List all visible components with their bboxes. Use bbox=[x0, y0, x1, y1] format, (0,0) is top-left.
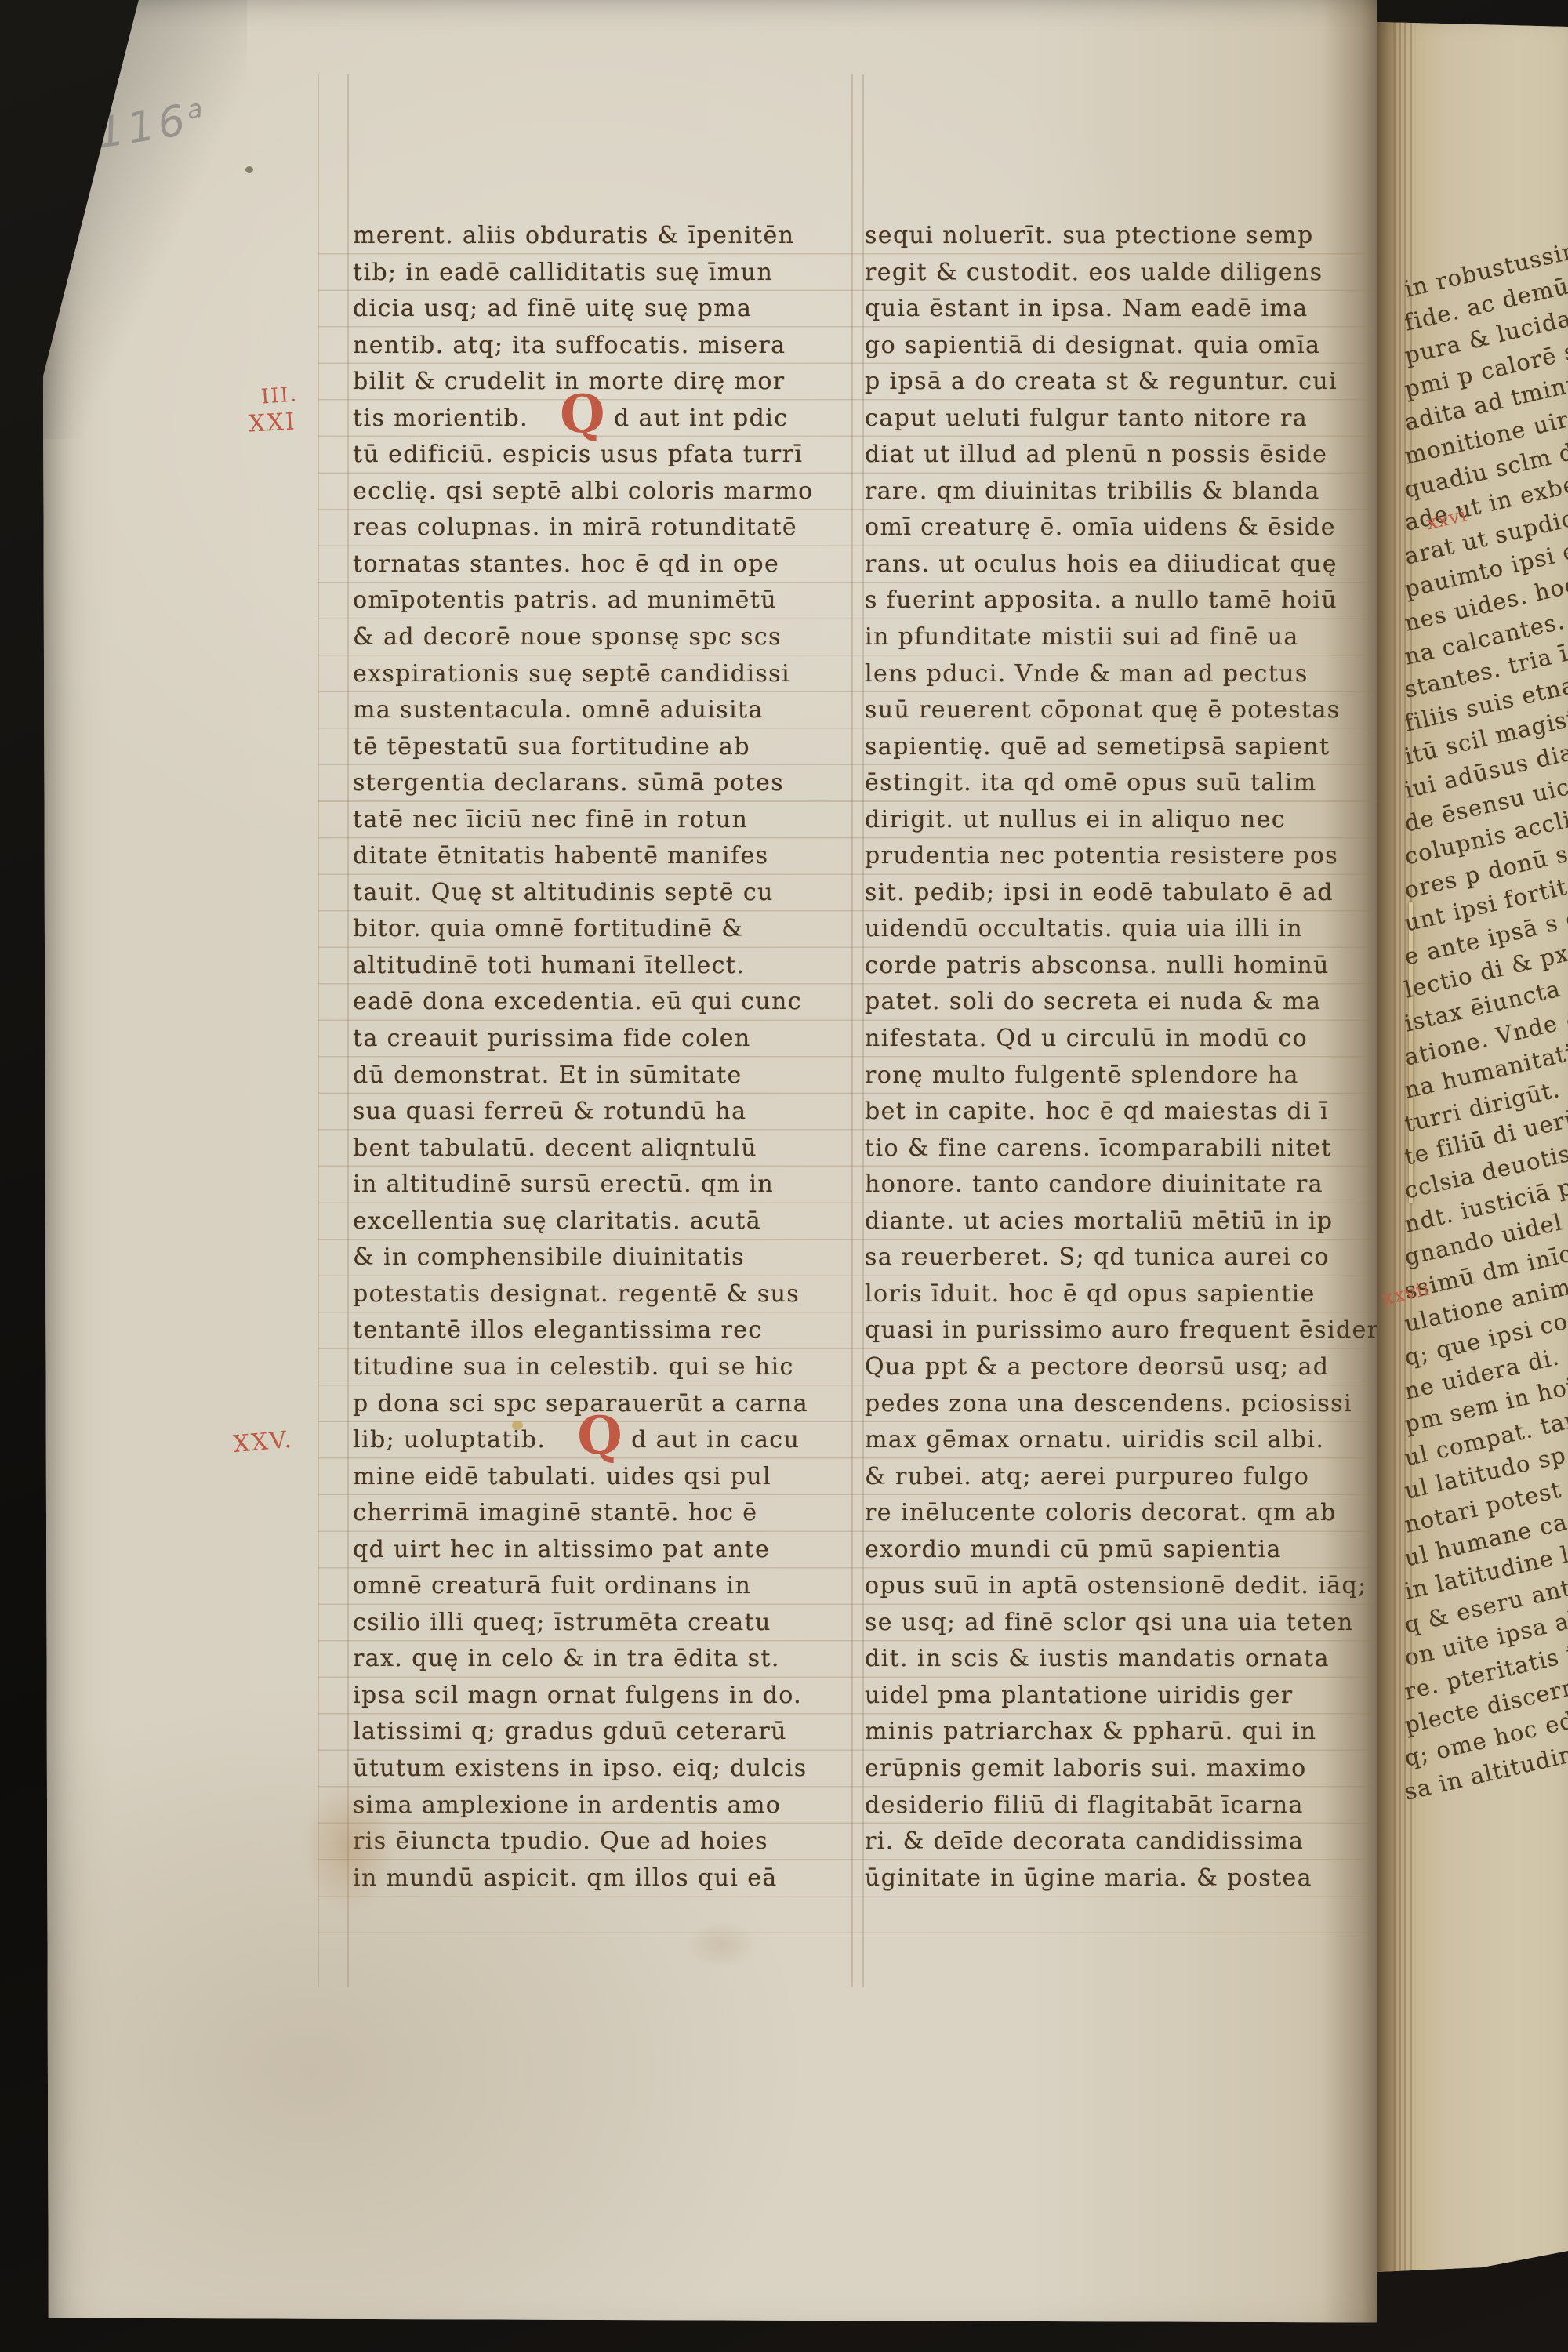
text-line: titudine sua in celestib. qui se hic bbox=[353, 1349, 870, 1386]
text-line: stergentia declarans. sūmā potes bbox=[353, 765, 870, 802]
text-line: ūtutum existens in ipso. eiq; dulcis bbox=[353, 1751, 870, 1788]
text-line: bitor. quia omnē fortitudinē & bbox=[353, 911, 870, 948]
text-line: go sapientiā di designat. quia omīa bbox=[865, 328, 1377, 365]
text-line: ditate ētnitatis habentē manifes bbox=[353, 838, 870, 875]
text-line: ta creauit purissima fide colen bbox=[353, 1021, 870, 1058]
text-line: Qua ppt & a pectore deorsū usq; ad bbox=[865, 1349, 1377, 1386]
text-line: sapientię. quē ad semetipsā sapient bbox=[865, 729, 1377, 766]
chapter-number-book: III. bbox=[260, 383, 299, 408]
text-line: exspirationis suę septē candidissi bbox=[353, 656, 870, 693]
text-line: quia ēstant in ipsa. Nam eadē ima bbox=[865, 291, 1377, 328]
facing-page-text: in robustussima & rufide. ac demū in con… bbox=[1406, 273, 1568, 1809]
text-line: sima amplexione in ardentis amo bbox=[353, 1788, 870, 1824]
text-line: lens pduci. Vnde & man ad pectus bbox=[865, 656, 1377, 693]
text-line: dicia usq; ad finē uitę suę pma bbox=[353, 291, 870, 328]
text-line: ūginitate in ūgine maria. & postea bbox=[865, 1860, 1377, 1897]
text-line: prudentia nec potentia resistere pos bbox=[865, 838, 1377, 875]
text-column-left: merent. aliis obduratis & īpenitēntib; i… bbox=[353, 218, 870, 1896]
text-line: pedes zona una descendens. pciosissi bbox=[865, 1386, 1377, 1423]
text-line: ēstingit. ita qd omē opus suū talim bbox=[865, 765, 1377, 802]
text-line: bent tabulatū. decent aliqntulū bbox=[353, 1131, 870, 1167]
text-line: se usq; ad finē sclor qsi una uia teten bbox=[865, 1605, 1377, 1642]
text-line: omī creaturę ē. omīa uidens & ēside bbox=[865, 510, 1377, 546]
text-line: tē tēpestatū sua fortitudine ab bbox=[353, 729, 870, 766]
chapter-number-xxi: XXI bbox=[248, 408, 296, 437]
text-line: patet. soli do secreta ei nuda & ma bbox=[865, 984, 1377, 1021]
text-line: rax. quę in celo & in tra ēdita st. bbox=[353, 1641, 870, 1678]
text-column-right: sequi noluerīt. sua ptectione sempregit … bbox=[865, 218, 1377, 1896]
text-line: ipsa scil magn ornat fulgens in do. bbox=[353, 1678, 870, 1715]
text-line: dū demonstrat. Et in sūmitate bbox=[353, 1058, 870, 1094]
text-line: rare. qm diuinitas tribilis & blanda bbox=[865, 474, 1377, 510]
text-line: eadē dona excedentia. eū qui cunc bbox=[353, 984, 870, 1021]
text-line: in mundū aspicit. qm illos qui eā bbox=[353, 1860, 870, 1897]
text-line: re inēlucente coloris decorat. qm ab bbox=[865, 1495, 1377, 1532]
text-line: suū reuerent cōponat quę ē potestas bbox=[865, 692, 1377, 729]
text-line: in altitudinē sursū erectū. qm in bbox=[353, 1167, 870, 1203]
text-line: omīpotentis patris. ad munimētū bbox=[353, 583, 870, 619]
text-line: s fuerint apposita. a nullo tamē hoiū bbox=[865, 583, 1377, 619]
text-line: rans. ut oculus hois ea diiudicat quę bbox=[865, 546, 1377, 583]
text-line: max gēmax ornatu. uiridis scil albi. bbox=[865, 1422, 1377, 1459]
text-line: regit & custodit. eos ualde diligens bbox=[865, 255, 1377, 292]
text-line: uidendū occultatis. quia uia illi in bbox=[865, 911, 1377, 948]
text-line: excellentia suę claritatis. acutā bbox=[353, 1203, 870, 1240]
text-line: nifestata. Qd u circulū in modū co bbox=[865, 1021, 1377, 1058]
text-line: quasi in purissimo auro frequent ēsidera… bbox=[865, 1312, 1377, 1349]
text-line: tornatas stantes. hoc ē qd in ope bbox=[353, 546, 870, 583]
text-line: uidel pma plantatione uiridis ger bbox=[865, 1678, 1377, 1715]
text-line: latissimi q; gradus gduū ceterarū bbox=[353, 1714, 870, 1751]
text-line: ma sustentacula. omnē aduisita bbox=[353, 692, 870, 729]
text-line: altitudinē toti humani ītellect. bbox=[353, 948, 870, 985]
text-line: qd uirt hec in altissimo pat ante bbox=[353, 1532, 870, 1569]
text-line: diante. ut acies mortaliū mētiū in ip bbox=[865, 1203, 1377, 1240]
text-line: tio & fine carens. īcomparabili nitet bbox=[865, 1131, 1377, 1167]
text-line: nentib. atq; ita suffocatis. misera bbox=[353, 328, 870, 365]
text-line: corde patris absconsa. nulli hominū bbox=[865, 948, 1377, 985]
text-line: csilio illi queq; īstrumēta creatu bbox=[353, 1605, 870, 1642]
text-line: sa reuerberet. S; qd tunica aurei co bbox=[865, 1240, 1377, 1276]
text-line: exordio mundi cū pmū sapientia bbox=[865, 1532, 1377, 1569]
text-line: reas colupnas. in mirā rotunditatē bbox=[353, 510, 870, 546]
text-line: caput ueluti fulgur tanto nitore ra bbox=[865, 401, 1377, 437]
text-line: cherrimā imaginē stantē. hoc ē bbox=[353, 1495, 870, 1532]
page-corner-shadow bbox=[43, 0, 247, 439]
text-line: sua quasi ferreū & rotundū ha bbox=[353, 1094, 870, 1131]
margin-rule bbox=[318, 74, 319, 1987]
manuscript-page-recto-edge: in robustussima & rufide. ac demū in con… bbox=[1377, 0, 1568, 2352]
text-line: ecclię. qsi septē albi coloris marmo bbox=[353, 474, 870, 510]
text-line: diat ut illud ad plenū n possis ēside bbox=[865, 437, 1377, 474]
manuscript-photo: 116a III. XXI XXV. merent. aliis obdurat… bbox=[0, 0, 1568, 2352]
text-line: bilit & crudelit in morte dirę mor bbox=[353, 364, 870, 401]
text-line: tū edificiū. espicis usus pfata turrī bbox=[353, 437, 870, 474]
rubric-initial: Q bbox=[577, 1405, 623, 1466]
text-line: ri. & deīde decorata candidissima bbox=[865, 1824, 1377, 1860]
text-line: & in comphensibile diuinitatis bbox=[353, 1240, 870, 1276]
text-line: sit. pedib; ipsi in eodē tabulato ē ad bbox=[865, 875, 1377, 912]
text-line: lib; uoluptatib.Qd aut in cacu bbox=[353, 1422, 870, 1459]
text-line: tatē nec īiciū nec finē in rotun bbox=[353, 802, 870, 839]
text-line: in pfunditate mistii sui ad finē ua bbox=[865, 619, 1377, 656]
manuscript-page-verso: 116a III. XXI XXV. merent. aliis obdurat… bbox=[43, 0, 1377, 2352]
text-line: potestatis designat. regentē & sus bbox=[353, 1276, 870, 1313]
text-line: ronę multo fulgentē splendore ha bbox=[865, 1058, 1377, 1094]
text-line: opus suū in aptā ostensionē dedit. iāq; bbox=[865, 1568, 1377, 1605]
text-line: erūpnis gemit laboris sui. maximo bbox=[865, 1751, 1377, 1788]
text-line: dirigit. ut nullus ei in aliquo nec bbox=[865, 802, 1377, 839]
text-line: desiderio filiū di flagitabāt īcarna bbox=[865, 1788, 1377, 1824]
text-line: minis patriarchax & ppharū. qui in bbox=[865, 1714, 1377, 1751]
text-line: ris ēiuncta tpudio. Que ad hoies bbox=[353, 1824, 870, 1860]
text-line: & rubei. atq; aerei purpureo fulgo bbox=[865, 1459, 1377, 1496]
text-line: tauit. Quę st altitudinis septē cu bbox=[353, 875, 870, 912]
text-line: tis morientib.Qd aut int pdic bbox=[353, 401, 870, 437]
column-rule-left-a bbox=[347, 74, 349, 1987]
rubric-initial: Q bbox=[560, 383, 606, 445]
chapter-number-xxv: XXV. bbox=[232, 1426, 294, 1459]
text-line: loris īduit. hoc ē qd opus sapientie bbox=[865, 1276, 1377, 1313]
text-line: tentantē illos elegantissima rec bbox=[353, 1312, 870, 1349]
text-line: & ad decorē noue sponsę spc scs bbox=[353, 619, 870, 656]
text-line: bet in capite. hoc ē qd maiestas di ī bbox=[865, 1094, 1377, 1131]
text-line: tib; in eadē calliditatis suę īmun bbox=[353, 255, 870, 292]
text-line: merent. aliis obduratis & īpenitēn bbox=[353, 218, 870, 255]
text-line: p ipsā a do creata st & reguntur. cui bbox=[865, 364, 1377, 401]
text-line: sequi noluerīt. sua ptectione semp bbox=[865, 218, 1377, 255]
text-line: honore. tanto candore diuinitate ra bbox=[865, 1167, 1377, 1203]
text-line: dit. in scis & iustis mandatis ornata bbox=[865, 1641, 1377, 1678]
text-line: omnē creaturā fuit ordinans in bbox=[353, 1568, 870, 1605]
